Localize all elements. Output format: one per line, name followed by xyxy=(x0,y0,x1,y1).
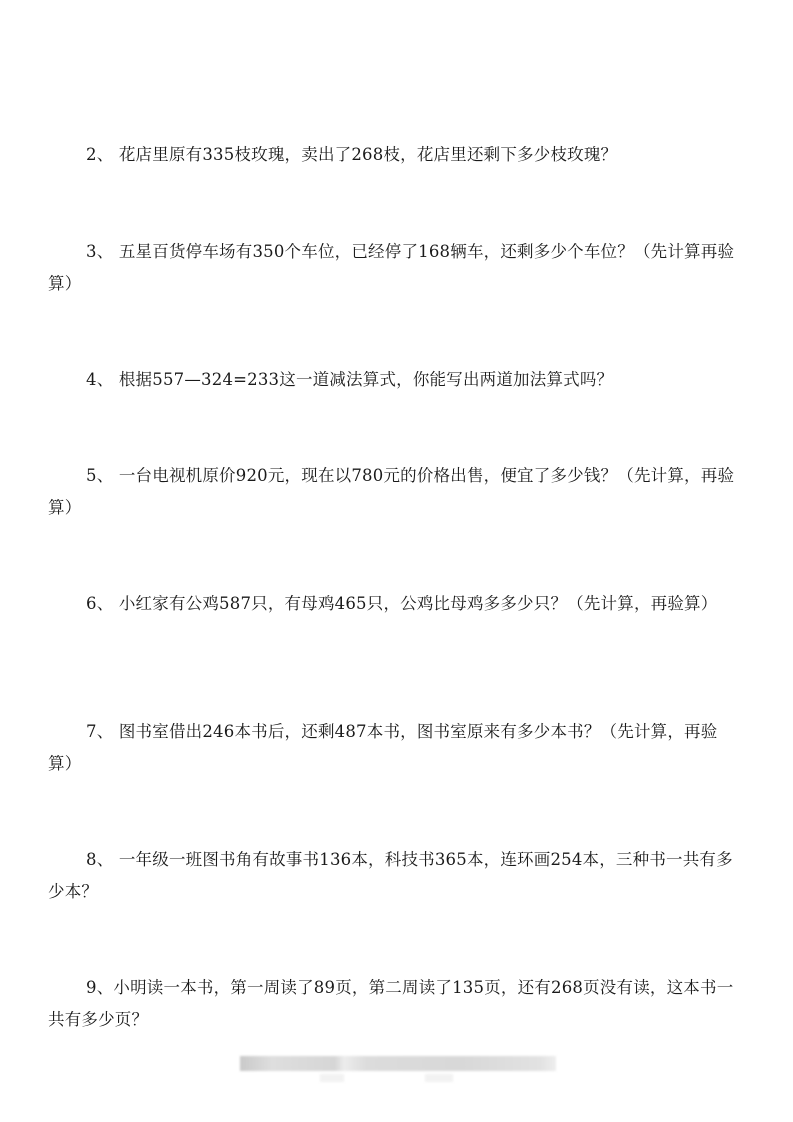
question-text: 小红家有公鸡587只，有母鸡465只，公鸡比母鸡多多少只？（先计算，再验算） xyxy=(113,594,717,613)
question-number: 5、 xyxy=(86,466,113,485)
blurred-footer-detail xyxy=(425,1074,453,1082)
question-text: 小明读一本书，第一周读了89页，第二周读了135页，还有268页没有读，这本书一… xyxy=(48,978,733,1029)
question-3: 3、 五星百货停车场有350个车位，已经停了168辆车，还剩多少个车位？（先计算… xyxy=(48,236,742,300)
question-text: 一年级一班图书角有故事书136本，科技书365本，连环画254本，三种书一共有多… xyxy=(48,850,733,901)
question-text: 图书室借出246本书后，还剩487本书，图书室原来有多少本书？（先计算，再验算） xyxy=(48,722,717,773)
question-text: 一台电视机原价920元，现在以780元的价格出售，便宜了多少钱？（先计算，再验算… xyxy=(48,466,734,517)
question-number: 9、 xyxy=(86,978,113,997)
question-6: 6、 小红家有公鸡587只，有母鸡465只，公鸡比母鸡多多少只？（先计算，再验算… xyxy=(48,588,742,620)
question-number: 7、 xyxy=(86,722,113,741)
question-8: 8、 一年级一班图书角有故事书136本，科技书365本，连环画254本，三种书一… xyxy=(48,844,742,908)
question-number: 2、 xyxy=(86,145,113,164)
question-number: 4、 xyxy=(86,370,113,389)
question-7: 7、 图书室借出246本书后，还剩487本书，图书室原来有多少本书？（先计算，再… xyxy=(48,716,742,780)
blurred-footer-detail xyxy=(320,1074,344,1082)
question-text: 根据557—324=233这一道减法算式，你能写出两道加法算式吗？ xyxy=(113,370,613,389)
question-5: 5、 一台电视机原价920元，现在以780元的价格出售，便宜了多少钱？（先计算，… xyxy=(48,460,742,524)
question-9: 9、小明读一本书，第一周读了89页，第二周读了135页，还有268页没有读，这本… xyxy=(48,972,742,1036)
question-number: 6、 xyxy=(86,594,113,613)
question-number: 8、 xyxy=(86,850,113,869)
question-text: 五星百货停车场有350个车位，已经停了168辆车，还剩多少个车位？（先计算再验算… xyxy=(48,242,734,293)
question-4: 4、 根据557—324=233这一道减法算式，你能写出两道加法算式吗？ xyxy=(48,364,742,396)
question-text: 花店里原有335枝玫瑰，卖出了268枝，花店里还剩下多少枝玫瑰？ xyxy=(113,145,617,164)
question-number: 3、 xyxy=(86,242,113,261)
question-2: 2、 花店里原有335枝玫瑰，卖出了268枝，花店里还剩下多少枝玫瑰？ xyxy=(48,139,742,171)
blurred-footer-watermark xyxy=(240,1056,556,1071)
